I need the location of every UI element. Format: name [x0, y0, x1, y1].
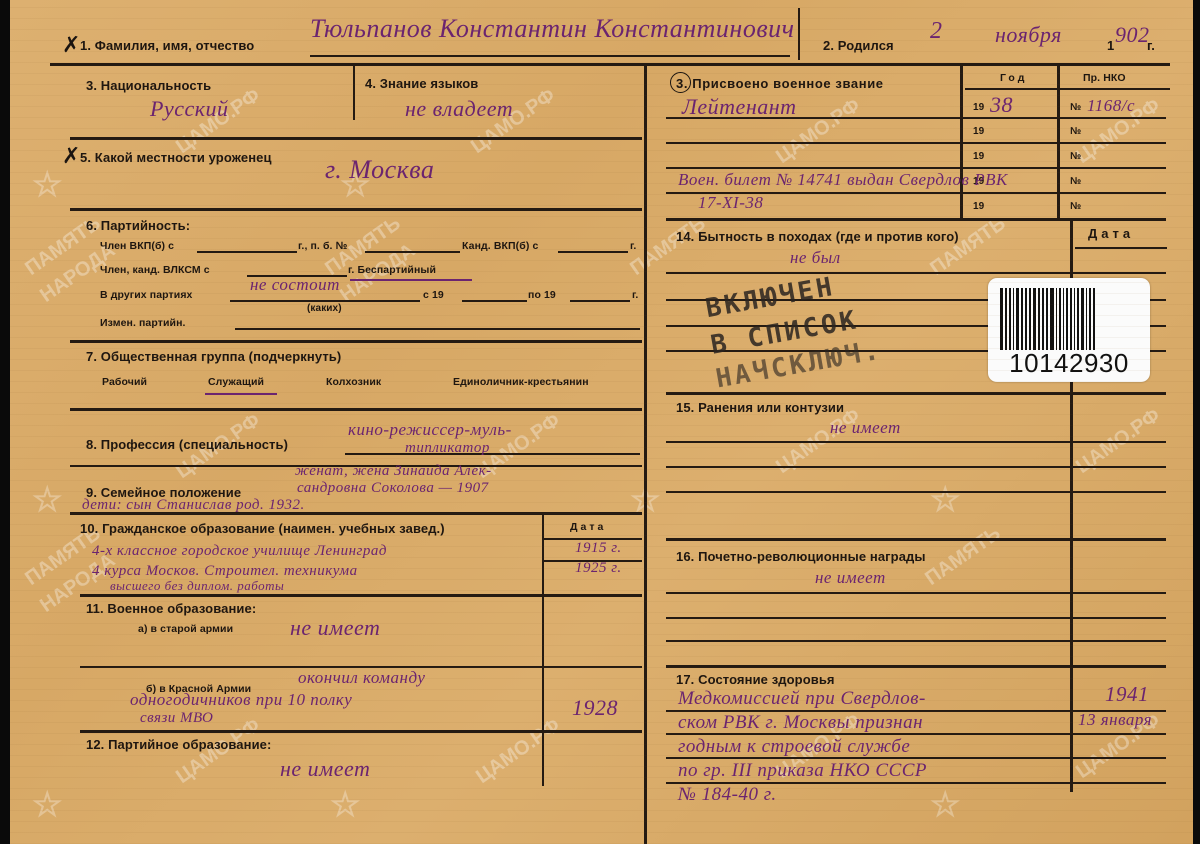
- health-line: Медкомиссией при Свердлов-: [678, 688, 926, 710]
- red-army-value-line3: связи МВО: [140, 710, 213, 727]
- non-party-option: г. Беспартийный: [348, 264, 436, 276]
- divider: [666, 272, 1166, 274]
- party-label: 6. Партийность:: [86, 218, 190, 233]
- nationality-label: 3. Национальность: [86, 78, 211, 93]
- party-line-label: по 19: [528, 289, 556, 301]
- divider: [666, 167, 1166, 169]
- military-id-note: Воен. билет № 14741 выдан Свердлов РВК: [678, 170, 1008, 190]
- date-header: Дата: [1088, 226, 1134, 241]
- military-registration-card: ☆ ПАМЯТЬ НАРОДА ЦАМО.РФ ☆ ПАМЯТЬ НАРОДА …: [10, 0, 1193, 844]
- other-parties-value: не состоит: [250, 275, 340, 295]
- health-line: годным к строевой службе: [678, 736, 910, 758]
- party-line-label: г., п. б. №: [298, 240, 347, 252]
- old-army-label: а) в старой армии: [138, 623, 233, 635]
- nationality-value: Русский: [150, 96, 229, 122]
- social-group-option: Колхозник: [326, 376, 381, 388]
- birth-year-value: 902: [1115, 22, 1150, 48]
- watermark: ПАМЯТЬ: [626, 212, 710, 280]
- wounds-value: не имеет: [830, 418, 901, 438]
- military-education-label: 11. Военное образование:: [86, 601, 256, 616]
- divider: [70, 408, 642, 411]
- wounds-label: 15. Ранения или контузии: [676, 400, 844, 415]
- year-prefix: 19: [973, 102, 984, 113]
- red-army-value-line1: окончил команду: [298, 668, 425, 688]
- blank-line: [230, 300, 420, 302]
- barcode-icon: [1000, 288, 1138, 350]
- education-date: 1915 г.: [575, 540, 622, 557]
- date-column-divider: [542, 514, 544, 786]
- underline: [345, 453, 640, 455]
- party-line-label: Член, канд. ВЛКСМ с: [100, 264, 210, 276]
- divider: [666, 538, 1166, 541]
- divider: [70, 208, 642, 211]
- full-name-value: Тюльпанов Константин Константинович: [310, 14, 795, 44]
- old-army-value: не имеет: [290, 615, 380, 641]
- education-row: высшего без диплом. работы: [110, 578, 284, 594]
- profession-value-line1: кино-режиссер-муль-: [348, 420, 512, 440]
- languages-value: не владеет: [405, 96, 513, 122]
- social-group-option-selected: Служащий: [208, 376, 264, 388]
- health-date-day: 13 января: [1078, 710, 1152, 730]
- birthplace-value: г. Москва: [325, 155, 434, 185]
- divider: [666, 592, 1166, 594]
- party-line-label: Измен. партийн.: [100, 317, 186, 329]
- divider: [666, 665, 1166, 668]
- family-value-line1: женат, жена Зинаида Алек-: [295, 463, 492, 480]
- number-sign: №: [1070, 102, 1081, 113]
- birth-month-value: ноября: [995, 22, 1062, 48]
- divider: [353, 65, 355, 120]
- divider: [965, 88, 1170, 90]
- blank-line: [365, 251, 460, 253]
- star-watermark-icon: ☆: [930, 480, 960, 520]
- red-army-value-line2: одногодичников при 10 полку: [130, 690, 352, 710]
- divider: [666, 441, 1166, 443]
- year-header: Год: [1000, 72, 1027, 84]
- watermark: ЦАМО.РФ: [472, 714, 565, 788]
- party-line-label: г.: [632, 289, 638, 301]
- health-label: 17. Состояние здоровья: [676, 672, 835, 687]
- military-id-date: 17-XI-38: [698, 193, 763, 213]
- red-army-date: 1928: [572, 695, 618, 721]
- divider: [666, 466, 1166, 468]
- languages-label: 4. Знание языков: [365, 76, 478, 91]
- star-watermark-icon: ☆: [330, 785, 360, 825]
- rank-label: 3. Присвоено военное звание: [676, 76, 884, 91]
- party-line-label: В других партиях: [100, 289, 193, 301]
- health-date-year: 1941: [1105, 682, 1149, 707]
- year-prefix: 19: [973, 151, 984, 162]
- divider: [50, 63, 1170, 66]
- star-watermark-icon: ☆: [32, 785, 62, 825]
- health-line: № 184-40 г.: [678, 784, 777, 806]
- field-2-label: 2. Родился: [823, 38, 894, 53]
- health-line: ском РВК г. Москвы признан: [678, 712, 923, 734]
- social-group-option: Единоличник-крестьянин: [453, 376, 589, 388]
- strikethrough-mark: ✗: [62, 32, 80, 58]
- divider: [70, 137, 642, 140]
- rank-year-value: 38: [990, 92, 1013, 118]
- profession-value-line2: типликатор: [405, 440, 490, 457]
- civil-education-label: 10. Гражданское образование (наимен. уче…: [80, 521, 445, 536]
- party-education-value: не имеет: [280, 756, 370, 782]
- education-date: 1925 г.: [575, 560, 622, 577]
- strikethrough-mark: ✗: [62, 143, 80, 169]
- profession-label: 8. Профессия (специальность): [86, 437, 288, 452]
- year-prefix: 19: [973, 126, 984, 137]
- education-row: 4-х классное городское училище Ленинград: [92, 543, 387, 560]
- year-prefix: 19: [973, 201, 984, 212]
- family-value-line2: сандровна Соколова — 1907: [297, 480, 489, 497]
- family-value-line3: дети: сын Станислав род. 1932.: [82, 497, 305, 514]
- number-sign: №: [1070, 176, 1081, 187]
- party-hint: (каких): [307, 303, 342, 314]
- date-header: Дата: [570, 521, 606, 533]
- watermark: ПАМЯТЬ: [926, 212, 1010, 280]
- star-watermark-icon: ☆: [32, 165, 62, 205]
- awards-value: не имеет: [815, 568, 886, 588]
- barcode-number: 10142930: [988, 348, 1150, 379]
- party-education-label: 12. Партийное образование:: [86, 737, 271, 752]
- divider: [666, 142, 1166, 144]
- divider: [666, 218, 1166, 221]
- star-watermark-icon: ☆: [930, 785, 960, 825]
- blank-line: [235, 328, 640, 330]
- blank-line: [558, 251, 628, 253]
- divider: [1075, 247, 1167, 249]
- divider: [666, 617, 1166, 619]
- party-line-label: с 19: [423, 289, 444, 301]
- number-sign: №: [1070, 151, 1081, 162]
- rank-value: Лейтенант: [682, 94, 797, 120]
- birthplace-label: 5. Какой местности уроженец: [80, 150, 272, 165]
- column-divider: [644, 63, 647, 844]
- field-1-label: 1. Фамилия, имя, отчество: [80, 38, 254, 53]
- awards-label: 16. Почетно-революционные награды: [676, 549, 926, 564]
- divider: [666, 392, 1166, 395]
- health-line: по гр. III приказа НКО СССР: [678, 760, 927, 782]
- year-suffix: г.: [1147, 38, 1155, 53]
- birth-day-value: 2: [930, 18, 943, 45]
- divider: [798, 8, 800, 60]
- order-header: Пр. НКО: [1083, 72, 1126, 84]
- star-watermark-icon: ☆: [32, 480, 62, 520]
- year-prefix: 1: [1107, 38, 1114, 53]
- selection-underline: [350, 279, 472, 281]
- party-line-label: г.: [630, 240, 636, 252]
- divider: [666, 640, 1166, 642]
- divider: [70, 340, 642, 343]
- number-sign: №: [1070, 126, 1081, 137]
- blank-line: [570, 300, 630, 302]
- social-group-label: 7. Общественная группа (подчеркнуть): [86, 349, 341, 364]
- barcode-label: 10142930: [988, 278, 1150, 382]
- watermark: ПАМЯТЬ: [921, 522, 1005, 590]
- number-sign: №: [1070, 201, 1081, 212]
- divider: [666, 491, 1166, 493]
- blank-line: [197, 251, 297, 253]
- social-group-option: Рабочий: [102, 376, 147, 388]
- campaigns-label: 14. Бытность в походах (где и против ког…: [676, 229, 959, 244]
- party-line-label: Член ВКП(б) с: [100, 240, 174, 252]
- underline: [310, 55, 790, 57]
- selection-underline: [205, 393, 277, 395]
- rank-order-value: 1168/с: [1087, 96, 1135, 116]
- divider: [80, 594, 642, 597]
- divider: [80, 730, 642, 733]
- campaigns-value: не был: [790, 248, 841, 268]
- blank-line: [462, 300, 527, 302]
- party-line-label: Канд. ВКП(б) с: [462, 240, 538, 252]
